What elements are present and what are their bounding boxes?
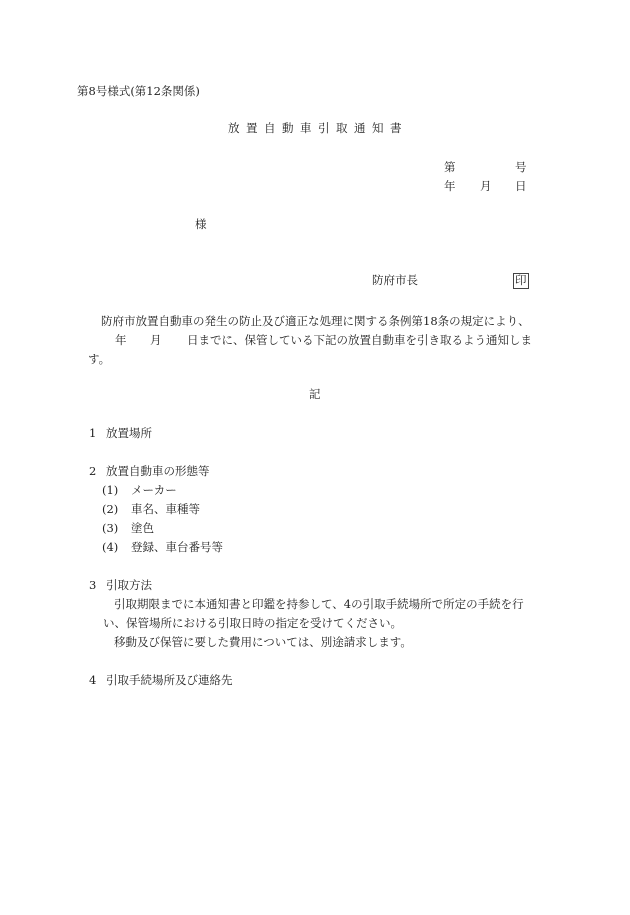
item-3-text-line-3: 移動及び保管に要した費用については、別途請求します。: [114, 637, 412, 649]
subitem-3-label: 塗色: [131, 523, 154, 535]
item-3-label: 引取方法: [106, 580, 152, 592]
item-2-num: 2: [89, 466, 96, 478]
subitem-4-num: (4): [102, 542, 118, 554]
ki-heading: 記: [309, 389, 321, 401]
subitem-4-label: 登録、車台番号等: [131, 542, 223, 554]
subitem-3-num: (3): [102, 523, 118, 535]
subitem-2-num: (2): [102, 504, 118, 516]
item-3-text-line-2: い、保管場所における引取日時の指定を受けてください。: [103, 618, 402, 630]
document-title: 放置自動車引取通知書: [228, 123, 408, 135]
item-2-label: 放置自動車の形態等: [106, 466, 210, 478]
item-4-label: 引取手続場所及び連絡先: [106, 675, 233, 687]
subitem-1-num: (1): [102, 485, 118, 497]
item-1-num: 1: [89, 428, 96, 440]
date-day: 日: [515, 181, 527, 193]
body-line-2-rest: 日までに、保管している下記の放置自動車を引き取るよう通知しま: [187, 335, 532, 347]
body-line-2-year: 年: [115, 335, 127, 347]
body-line-2-month: 月: [150, 335, 162, 347]
item-3-text-line-1: 引取期限までに本通知書と印鑑を持参して、4の引取手続場所で所定の手続を行: [114, 599, 524, 611]
subitem-2-label: 車名、車種等: [131, 504, 200, 516]
date-year: 年: [444, 181, 456, 193]
item-4-num: 4: [89, 675, 96, 687]
body-line-3: す。: [88, 354, 110, 366]
doc-number-prefix: 第: [444, 162, 456, 174]
issuer: 防府市長: [372, 275, 418, 287]
date-month: 月: [480, 181, 492, 193]
form-number: 第8号様式(第12条関係): [77, 86, 200, 98]
subitem-1-label: メーカー: [131, 485, 177, 497]
item-3-num: 3: [89, 580, 96, 592]
addressee-suffix: 様: [195, 219, 207, 231]
body-line-1: 防府市放置自動車の発生の防止及び適正な処理に関する条例第18条の規定により、: [101, 316, 530, 328]
seal-mark: 印: [513, 273, 529, 289]
doc-number-suffix: 号: [515, 162, 527, 174]
seal-icon: 印: [513, 273, 529, 289]
item-1-label: 放置場所: [106, 428, 152, 440]
